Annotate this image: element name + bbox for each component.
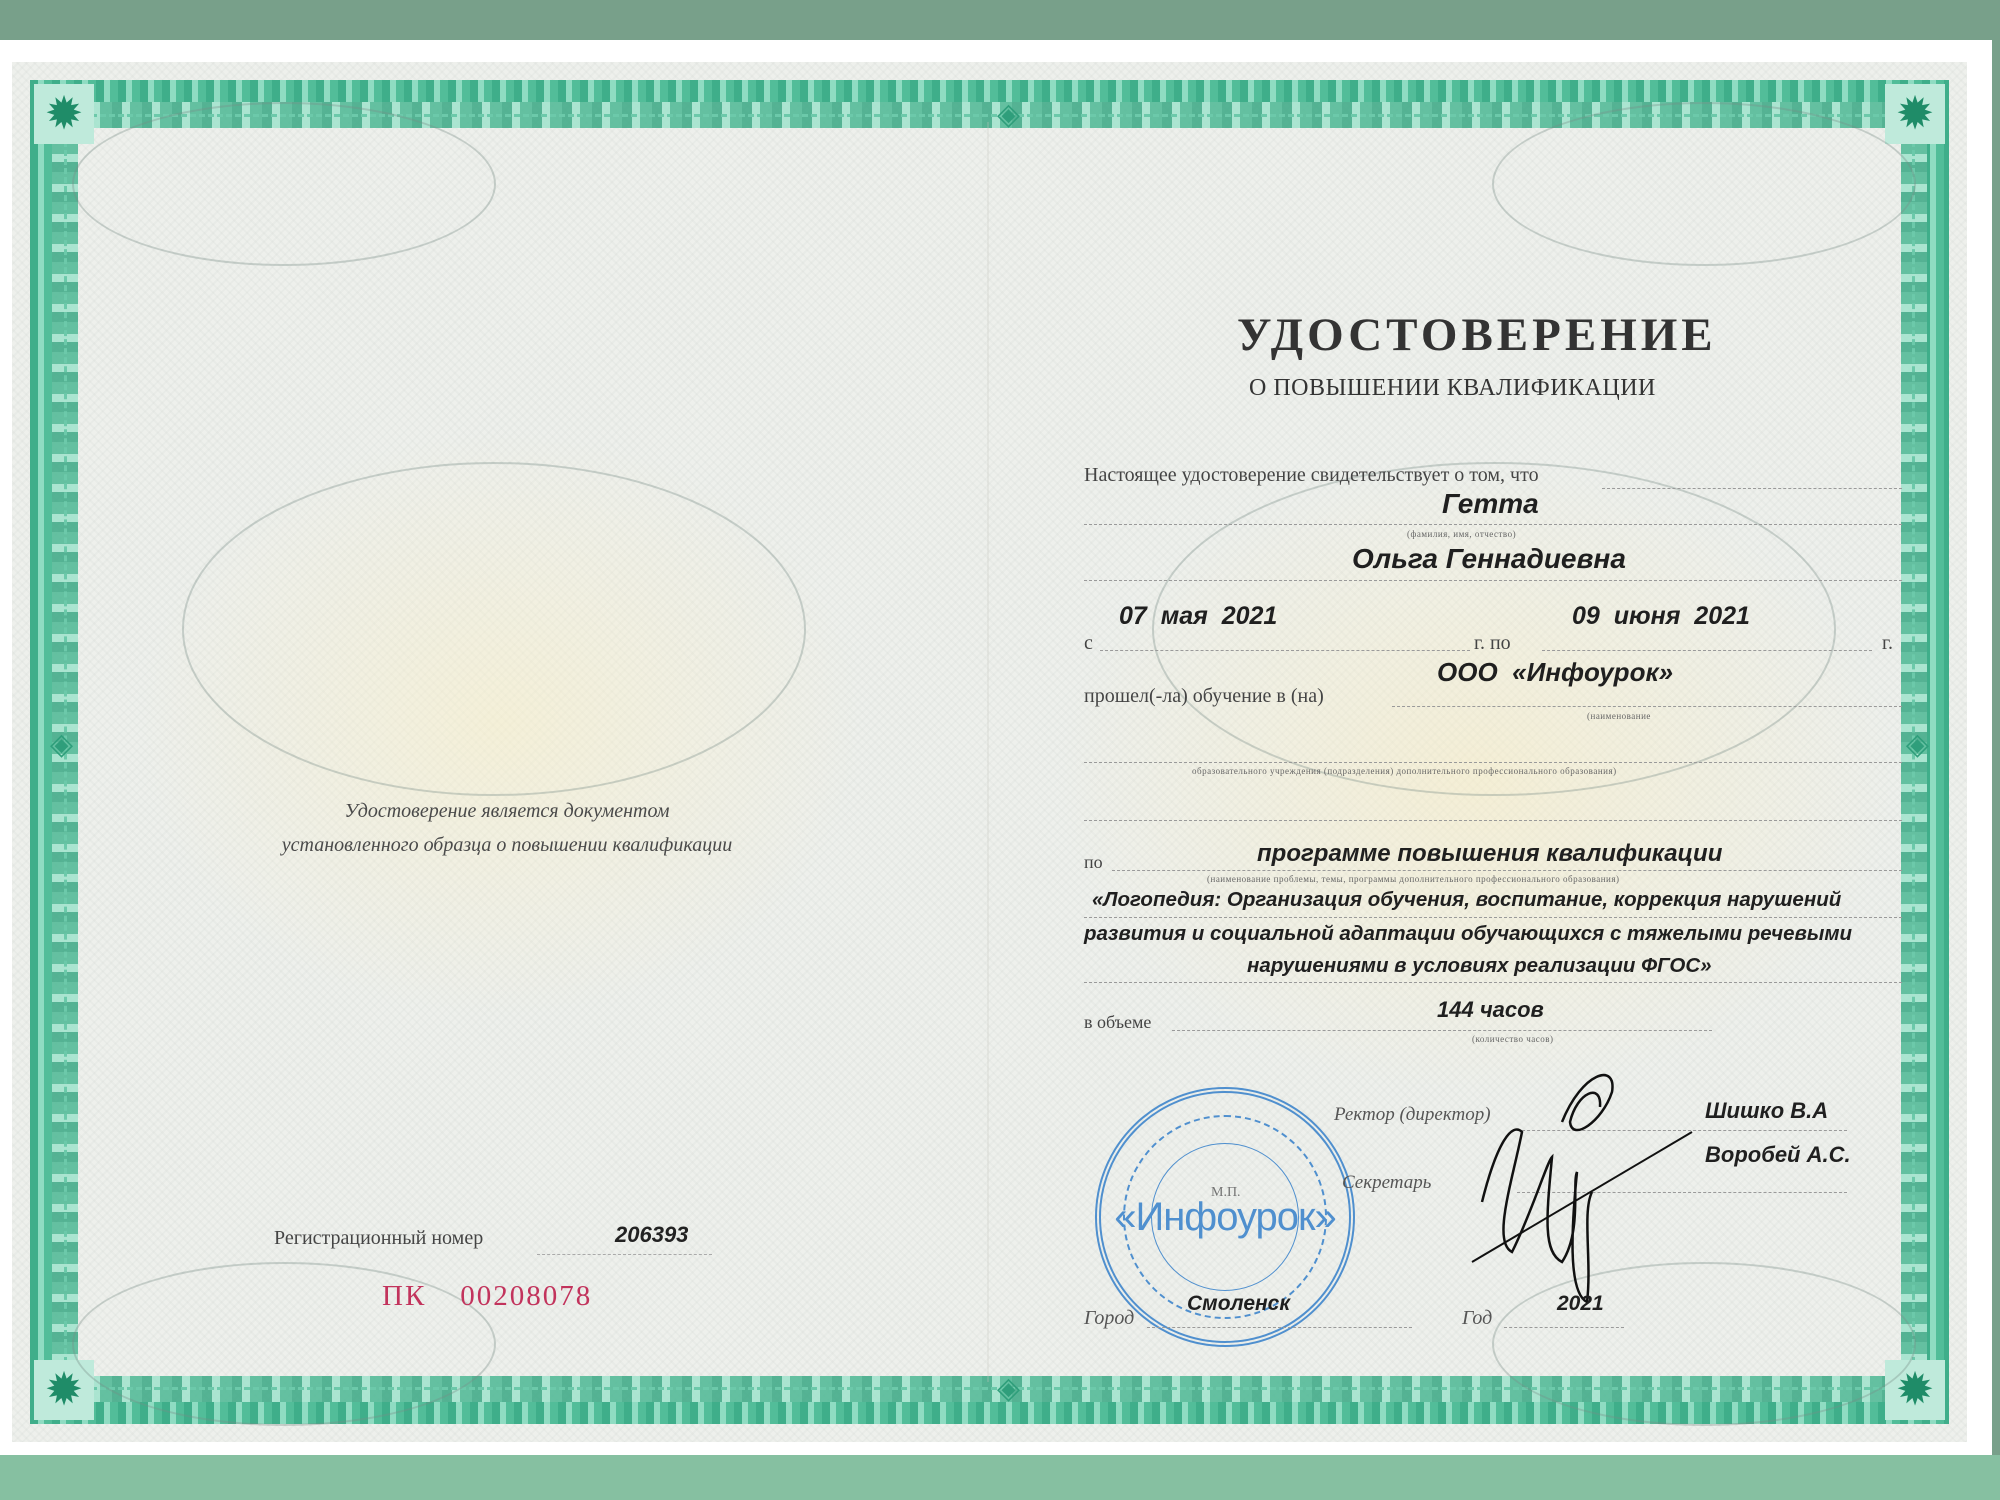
city: Смоленск: [1187, 1292, 1290, 1316]
date-to-line: [1542, 650, 1872, 651]
program-type-line: [1112, 870, 1902, 871]
page-fold: [987, 122, 989, 1382]
date-suffix-year: г.: [1882, 632, 1893, 655]
intro-line: [1602, 488, 1902, 489]
org-hint-2: образовательного учреждения (подразделен…: [1192, 766, 1617, 776]
guilloche-wave: [72, 102, 496, 266]
trained-label: прошел(-ла) обучение в (на): [1084, 685, 1324, 708]
diamond-ornament-icon: ◈: [997, 100, 1020, 130]
organization: ООО «Инфоурок»: [1437, 657, 1673, 688]
year-label: Год: [1462, 1307, 1492, 1330]
city-line: [1147, 1327, 1412, 1328]
year-line: [1504, 1327, 1624, 1328]
surname: Гетта: [1442, 488, 1539, 520]
date-to: 09 июня 2021: [1572, 602, 1750, 631]
hours-line: [1172, 1030, 1712, 1031]
city-label: Город: [1084, 1307, 1134, 1330]
rector-name: Шишко В.А: [1705, 1098, 1828, 1124]
given-names: Ольга Геннадиевна: [1352, 543, 1626, 575]
registration-number: 206393: [615, 1222, 688, 1248]
program-line-3: нарушениями в условиях реализации ФГОС»: [1247, 954, 1712, 978]
from-label: с: [1084, 632, 1093, 655]
program-line-1-rule: [1084, 917, 1902, 918]
note-line-2: установленного образца о повышении квали…: [202, 828, 812, 862]
registration-line: [537, 1254, 712, 1255]
name-hint: (фамилия, имя, отчество): [1407, 529, 1516, 539]
note-line-1: Удостоверение является документом: [202, 794, 812, 828]
secretary-label: Секретарь: [1342, 1172, 1431, 1194]
corner-rosette-icon: ✹: [34, 84, 94, 144]
organization-line-3: [1084, 820, 1902, 821]
serial-prefix: ПК: [382, 1280, 426, 1312]
program-line-3-rule: [1084, 982, 1902, 983]
program-hint: (наименование проблемы, темы, программы …: [1207, 874, 1620, 884]
certificate: ✹ ✹ ✹ ✹ ◈ ◈ ◈ ◈ Удостоверение является д…: [12, 62, 1967, 1442]
organization-line-2: [1084, 762, 1902, 763]
org-hint-1: (наименование: [1587, 711, 1651, 721]
program-line-2: развития и социальной адаптации обучающи…: [1084, 922, 1852, 946]
surname-line: [1084, 524, 1902, 525]
background-band: [0, 1455, 2000, 1500]
diamond-ornament-icon: ◈: [50, 730, 73, 760]
guilloche-wave: [1492, 102, 1916, 266]
registration-label: Регистрационный номер: [274, 1227, 483, 1250]
date-from: 07 мая 2021: [1119, 602, 1277, 631]
certificate-title: УДОСТОВЕРЕНИЕ: [1237, 308, 1717, 362]
organization-line: [1392, 706, 1902, 707]
year: 2021: [1557, 1292, 1604, 1316]
given-names-line: [1084, 580, 1902, 581]
secretary-name: Воробей А.С.: [1705, 1142, 1851, 1168]
date-from-line: [1100, 650, 1470, 651]
serial-number: ПК00208078: [382, 1280, 592, 1313]
intro-text: Настоящее удостоверение свидетельствует …: [1084, 464, 1539, 487]
certificate-subtitle: О ПОВЫШЕНИИ КВАЛИФИКАЦИИ: [1249, 375, 1656, 402]
by-label: по: [1084, 852, 1103, 873]
corner-rosette-icon: ✹: [1885, 84, 1945, 144]
stamp-text: «Инфоурок»: [1114, 1195, 1336, 1240]
serial-digits: 00208078: [460, 1280, 592, 1312]
program-line-1: «Логопедия: Организация обучения, воспит…: [1092, 888, 1841, 912]
date-suffix-to: г. по: [1474, 632, 1511, 655]
volume-label: в объеме: [1084, 1012, 1151, 1033]
program-type: программе повышения квалификации: [1257, 840, 1722, 868]
diamond-ornament-icon: ◈: [1906, 730, 1929, 760]
left-page-note: Удостоверение является документом устано…: [202, 794, 812, 862]
hours-hint: (количество часов): [1472, 1034, 1553, 1044]
hours: 144 часов: [1437, 997, 1544, 1023]
guilloche-rosette: [182, 462, 806, 796]
diamond-ornament-icon: ◈: [997, 1374, 1020, 1404]
scan-paper: ✹ ✹ ✹ ✹ ◈ ◈ ◈ ◈ Удостоверение является д…: [0, 40, 1992, 1455]
